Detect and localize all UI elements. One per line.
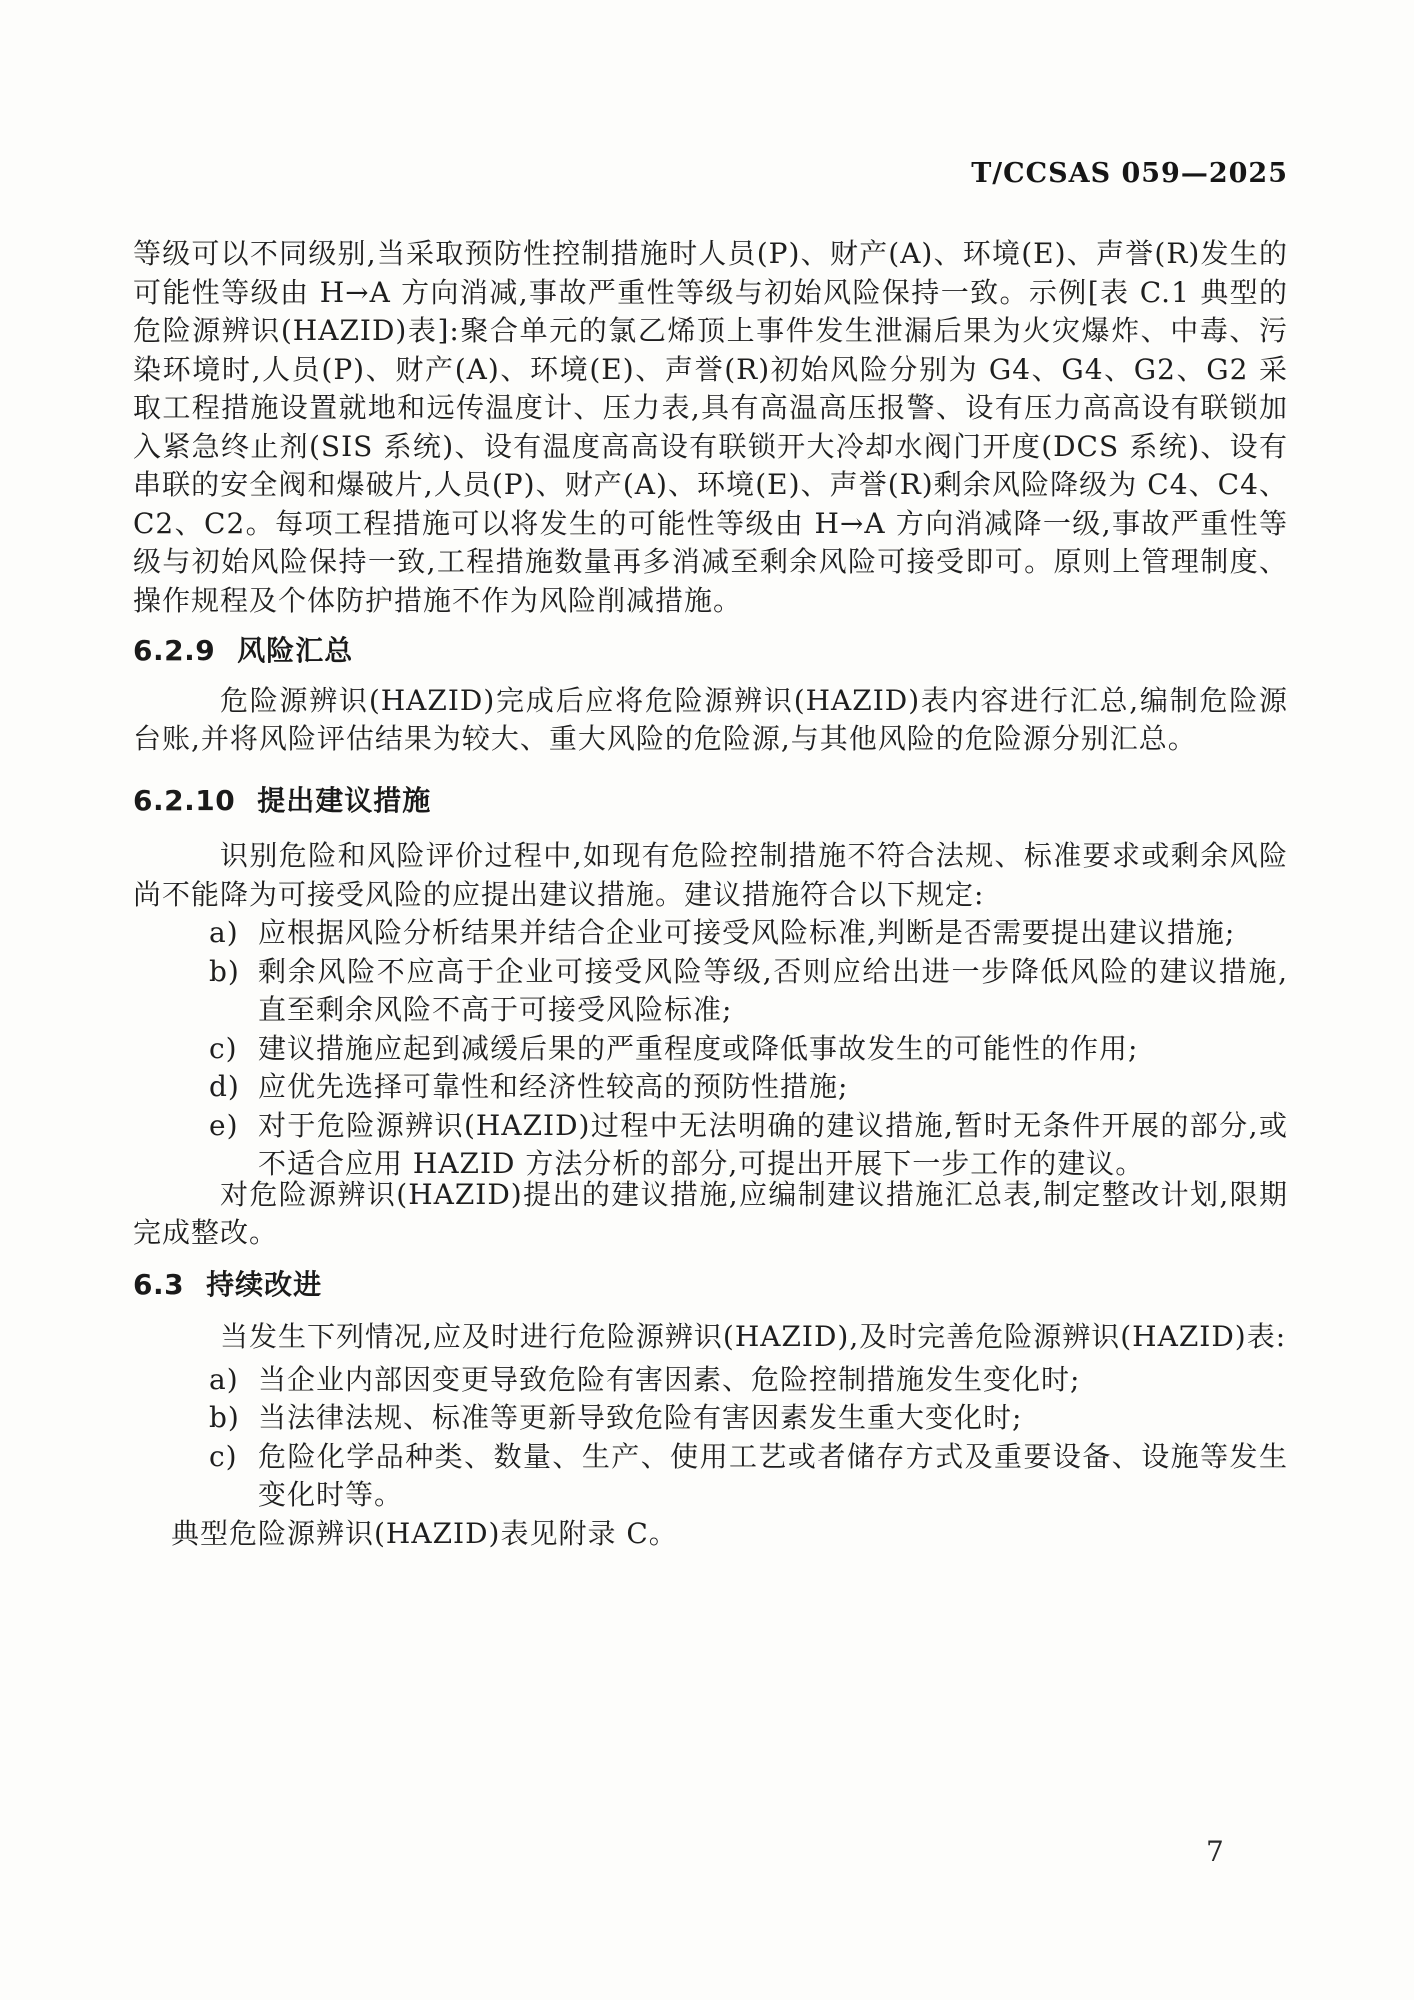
list-item-text: 当企业内部因变更导致危险有害因素、危险控制措施发生变化时; [258, 1363, 1080, 1396]
heading-title: 风险汇总 [237, 634, 353, 667]
list-item-text: 应根据风险分析结果并结合企业可接受风险标准,判断是否需要提出建议措施; [258, 916, 1235, 949]
paragraph-appendix-reference: 典型危险源辨识(HAZID)表见附录 C。 [133, 1515, 1288, 1554]
list-item-label: d) [209, 1068, 240, 1107]
heading-number: 6.2.9 [133, 634, 215, 667]
list-improvement-triggers: a)当企业内部因变更导致危险有害因素、危险控制措施发生变化时; b)当法律法规、… [133, 1361, 1288, 1515]
page-body: 等级可以不同级别,当采取预防性控制措施时人员(P)、财产(A)、环境(E)、声誉… [133, 0, 1288, 1553]
list-item: b)当法律法规、标准等更新导致危险有害因素发生重大变化时; [133, 1399, 1288, 1438]
list-item-label: c) [209, 1438, 238, 1477]
document-page: T/CCSAS 059—2025 等级可以不同级别,当采取预防性控制措施时人员(… [0, 0, 1414, 2000]
heading-title: 持续改进 [206, 1268, 322, 1301]
list-item-text: 剩余风险不应高于企业可接受风险等级,否则应给出进一步降低风险的建议措施,直至剩余… [258, 955, 1288, 1027]
list-item: e)对于危险源辨识(HAZID)过程中无法明确的建议措施,暂时无条件开展的部分,… [133, 1107, 1288, 1184]
heading-number: 6.3 [133, 1268, 184, 1301]
list-item-label: a) [209, 914, 239, 953]
paragraph-suggested-measures-intro: 识别危险和风险评价过程中,如现有危险控制措施不符合法规、标准要求或剩余风险尚不能… [133, 837, 1288, 914]
list-item-text: 危险化学品种类、数量、生产、使用工艺或者储存方式及重要设备、设施等发生变化时等。 [258, 1440, 1288, 1512]
list-item: d)应优先选择可靠性和经济性较高的预防性措施; [133, 1068, 1288, 1107]
list-item: b)剩余风险不应高于企业可接受风险等级,否则应给出进一步降低风险的建议措施,直至… [133, 953, 1288, 1030]
list-suggested-measures: a)应根据风险分析结果并结合企业可接受风险标准,判断是否需要提出建议措施; b)… [133, 914, 1288, 1184]
list-item-text: 对于危险源辨识(HAZID)过程中无法明确的建议措施,暂时无条件开展的部分,或不… [258, 1109, 1288, 1181]
list-item: c)建议措施应起到减缓后果的严重程度或降低事故发生的可能性的作用; [133, 1030, 1288, 1069]
paragraph-risk-reduction: 等级可以不同级别,当采取预防性控制措施时人员(P)、财产(A)、环境(E)、声誉… [133, 235, 1288, 620]
paragraph-risk-summary: 危险源辨识(HAZID)完成后应将危险源辨识(HAZID)表内容进行汇总,编制危… [133, 682, 1288, 759]
list-item-label: c) [209, 1030, 238, 1069]
heading-6-2-9: 6.2.9风险汇总 [133, 632, 1288, 671]
list-item-label: a) [209, 1361, 239, 1400]
list-item-label: b) [209, 1399, 240, 1438]
list-item: a)当企业内部因变更导致危险有害因素、危险控制措施发生变化时; [133, 1361, 1288, 1400]
list-item-text: 应优先选择可靠性和经济性较高的预防性措施; [258, 1070, 848, 1103]
heading-number: 6.2.10 [133, 784, 235, 817]
paragraph-rectification: 对危险源辨识(HAZID)提出的建议措施,应编制建议措施汇总表,制定整改计划,限… [133, 1176, 1288, 1253]
list-item-label: b) [209, 953, 240, 992]
heading-6-3: 6.3持续改进 [133, 1266, 1288, 1305]
list-item-text: 当法律法规、标准等更新导致危险有害因素发生重大变化时; [258, 1401, 1022, 1434]
page-number: 7 [1206, 1835, 1224, 1868]
paragraph-continuous-improvement-intro: 当发生下列情况,应及时进行危险源辨识(HAZID),及时完善危险源辨识(HAZI… [133, 1318, 1288, 1357]
heading-title: 提出建议措施 [257, 784, 431, 817]
list-item-text: 建议措施应起到减缓后果的严重程度或降低事故发生的可能性的作用; [258, 1032, 1138, 1065]
heading-6-2-10: 6.2.10提出建议措施 [133, 782, 1288, 821]
list-item: c)危险化学品种类、数量、生产、使用工艺或者储存方式及重要设备、设施等发生变化时… [133, 1438, 1288, 1515]
list-item: a)应根据风险分析结果并结合企业可接受风险标准,判断是否需要提出建议措施; [133, 914, 1288, 953]
list-item-label: e) [209, 1107, 239, 1146]
